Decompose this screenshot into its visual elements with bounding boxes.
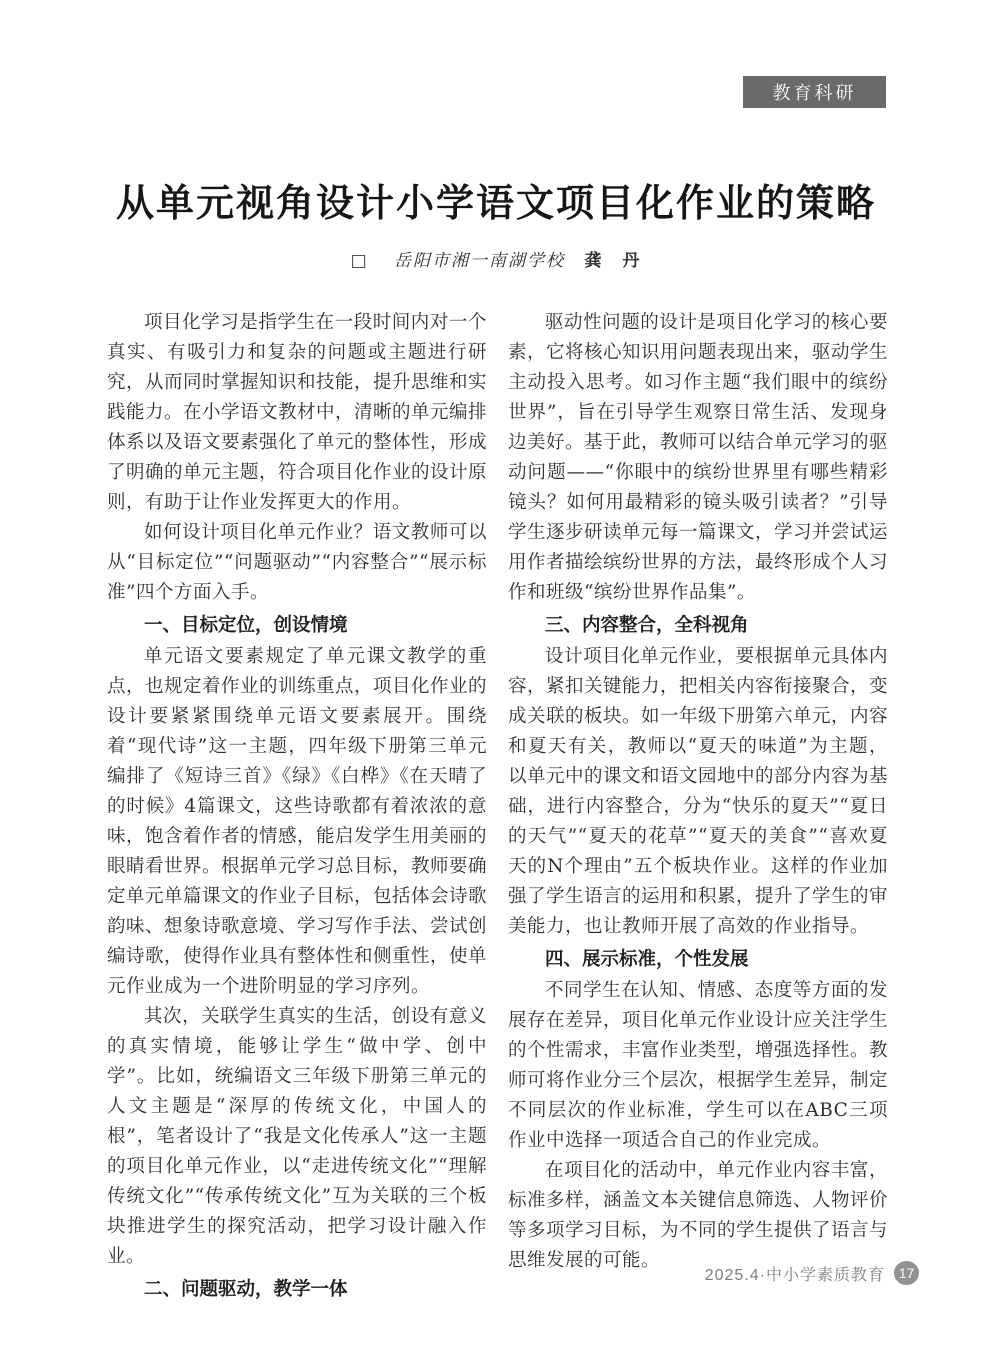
section-badge: 教育科研 bbox=[743, 76, 886, 108]
paragraph: 在项目化的活动中，单元作业内容丰富，标准多样，涵盖文本关键信息筛选、人物评价等多… bbox=[508, 1156, 888, 1276]
page-number: 17 bbox=[899, 1265, 915, 1281]
paragraph: 单元语文要素规定了单元课文教学的重点，也规定着作业的训练重点，项目化作业的设计要… bbox=[107, 642, 487, 1002]
paragraph: 驱动性问题的设计是项目化学习的核心要素，它将核心知识用问题表现出来，驱动学生主动… bbox=[508, 308, 888, 608]
byline: □ 岳阳市湘一南湖学校 龚 丹 bbox=[0, 246, 992, 271]
page-number-badge: 17 bbox=[894, 1261, 919, 1285]
paragraph: 其次，关联学生真实的生活，创设有意义的真实情境，能够让学生“做中学、创中学”。比… bbox=[107, 1002, 487, 1272]
paragraph: 如何设计项目化单元作业？语文教师可以从“目标定位”“问题驱动”“内容整合”“展示… bbox=[107, 518, 487, 608]
section-heading-2: 二、问题驱动，教学一体 bbox=[107, 1274, 487, 1304]
magazine-page: 教育科研 从单元视角设计小学语文项目化作业的策略 □ 岳阳市湘一南湖学校 龚 丹… bbox=[0, 0, 992, 1346]
right-column: 驱动性问题的设计是项目化学习的核心要素，它将核心知识用问题表现出来，驱动学生主动… bbox=[508, 308, 888, 1306]
article-title: 从单元视角设计小学语文项目化作业的策略 bbox=[0, 172, 992, 227]
section-badge-label: 教育科研 bbox=[773, 79, 857, 105]
paragraph: 不同学生在认知、情感、态度等方面的发展存在差异，项目化单元作业设计应关注学生的个… bbox=[508, 976, 888, 1156]
left-column: 项目化学习是指学生在一段时间内对一个真实、有吸引力和复杂的问题或主题进行研究，从… bbox=[107, 308, 487, 1306]
author-name: 龚 丹 bbox=[584, 251, 641, 270]
section-heading-1: 一、目标定位，创设情境 bbox=[107, 610, 487, 640]
page-footer: 2025.4·中小学素质教育 17 bbox=[705, 1261, 919, 1285]
byline-square-icon: □ bbox=[351, 251, 367, 271]
article-body: 项目化学习是指学生在一段时间内对一个真实、有吸引力和复杂的问题或主题进行研究，从… bbox=[107, 308, 888, 1306]
paragraph: 设计项目化单元作业，要根据单元具体内容，紧扣关键能力，把相关内容衔接聚合，变成关… bbox=[508, 642, 888, 942]
journal-issue-label: 2025.4·中小学素质教育 bbox=[705, 1262, 885, 1285]
section-heading-3: 三、内容整合，全科视角 bbox=[508, 610, 888, 640]
paragraph: 项目化学习是指学生在一段时间内对一个真实、有吸引力和复杂的问题或主题进行研究，从… bbox=[107, 308, 487, 518]
author-affiliation: 岳阳市湘一南湖学校 bbox=[394, 251, 565, 271]
section-heading-4: 四、展示标准，个性发展 bbox=[508, 944, 888, 974]
